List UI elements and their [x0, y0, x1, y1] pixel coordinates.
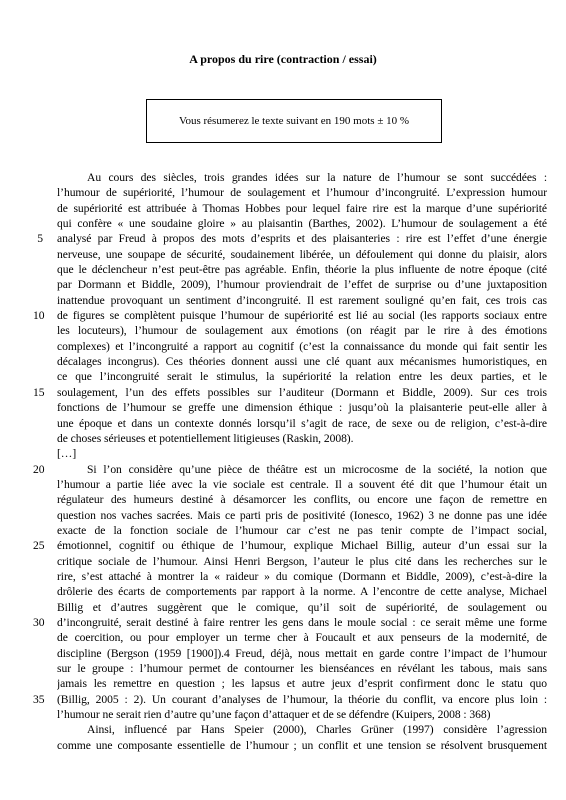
- line-text: par Dormann et Biddle, 2009), l’humour p…: [57, 277, 547, 292]
- line-text: régulateur des humeurs destiné à désamor…: [57, 492, 547, 507]
- line-text: ce que l’incongruité serait le stimulus,…: [57, 369, 547, 384]
- line-text: Au cours des siècles, trois grandes idée…: [57, 170, 547, 185]
- line-number: 35: [33, 692, 43, 707]
- line-text: l’humour ne serait rien d’autre qu’une f…: [57, 707, 547, 722]
- text-line: critique sociale de l’humour. Ainsi Henr…: [57, 554, 547, 569]
- text-line: discipline (Bergson (1959 [1900]).4 Freu…: [57, 646, 547, 661]
- text-line: comme une composante essentielle de l’hu…: [57, 738, 547, 753]
- text-line: 25émotionnel, cognitif ou éthique de l’h…: [57, 538, 547, 553]
- line-text: l’humour de supériorité, l’humour de sou…: [57, 185, 547, 200]
- text-line: de supériorité est attribuée à Thomas Ho…: [57, 201, 547, 216]
- text-line: de choses sérieuses et potentiellement l…: [57, 431, 547, 446]
- text-line: inattendue provoquant un sentiment d’inc…: [57, 293, 547, 308]
- text-line: 20Si l’on considère qu’une pièce de théâ…: [57, 462, 547, 477]
- document-title: A propos du rire (contraction / essai): [0, 52, 566, 67]
- text-line: complexes) et l’incongruité a rapport au…: [57, 339, 547, 354]
- text-line: rire, s’est attaché à montrer la « raide…: [57, 569, 547, 584]
- line-text: Si l’on considère qu’une pièce de théâtr…: [57, 462, 547, 477]
- text-line: jamais les remettre en question ; les la…: [57, 676, 547, 691]
- line-text: l’humour a partie liée avec la vie socia…: [57, 477, 547, 492]
- line-text: soulagement, l’un des effets possibles s…: [57, 385, 547, 400]
- line-text: (Billig, 2005 : 2). Un courant d’analyse…: [57, 692, 547, 707]
- text-line: 30d’incongruité, serait destiné à faire …: [57, 615, 547, 630]
- text-line: décalages incongrus). Ces théories donne…: [57, 354, 547, 369]
- line-text: […]: [57, 446, 547, 461]
- line-number: 20: [33, 462, 43, 477]
- text-line: Au cours des siècles, trois grandes idée…: [57, 170, 547, 185]
- line-text: discipline (Bergson (1959 [1900]).4 Freu…: [57, 646, 547, 661]
- line-text: que le déclencheur n’est peut-être pas a…: [57, 262, 547, 277]
- line-text: inattendue provoquant un sentiment d’inc…: [57, 293, 547, 308]
- line-text: Ainsi, influencé par Hans Speier (2000),…: [57, 722, 547, 737]
- line-number: 5: [33, 231, 43, 246]
- instruction-box: Vous résumerez le texte suivant en 190 m…: [146, 99, 442, 143]
- line-text: drôlerie des écarts de comportements par…: [57, 584, 547, 599]
- text-line: 5analysé par Freud à propos des mots d’e…: [57, 231, 547, 246]
- text-line: qui confère « une soudaine gloire » au p…: [57, 216, 547, 231]
- line-text: jamais les remettre en question ; les la…: [57, 676, 547, 691]
- line-text: Billig et d’autres suggèrent que le comi…: [57, 600, 547, 615]
- line-number: 10: [33, 308, 43, 323]
- line-text: nerveuse, une soupape de sécurité, souda…: [57, 247, 547, 262]
- text-line: ce que l’incongruité serait le stimulus,…: [57, 369, 547, 384]
- text-line: de coercition, ou pour employer un terme…: [57, 630, 547, 645]
- line-number: 25: [33, 538, 43, 553]
- line-number: 15: [33, 385, 43, 400]
- line-text: complexes) et l’incongruité a rapport au…: [57, 339, 547, 354]
- line-text: de figures se complètent puisque l’humou…: [57, 308, 547, 323]
- document-page: A propos du rire (contraction / essai) V…: [0, 0, 566, 800]
- text-line: exacte de la fonction sociale de l’humou…: [57, 523, 547, 538]
- line-text: d’incongruité, serait destiné à faire re…: [57, 615, 547, 630]
- text-line: Billig et d’autres suggèrent que le comi…: [57, 600, 547, 615]
- text-line: que le déclencheur n’est peut-être pas a…: [57, 262, 547, 277]
- line-text: comme une composante essentielle de l’hu…: [57, 738, 547, 753]
- line-text: analysé par Freud à propos des mots d’es…: [57, 231, 547, 246]
- text-line: une époque et dans un contexte donnés lo…: [57, 416, 547, 431]
- instruction-text: Vous résumerez le texte suivant en 190 m…: [179, 115, 409, 127]
- line-text: question nos vaches sacrées. Mais ce par…: [57, 508, 547, 523]
- line-text: les locuteurs), l’humour de soulagement …: [57, 323, 547, 338]
- line-text: fonctions de l’humour se greffe une dime…: [57, 400, 547, 415]
- line-text: une époque et dans un contexte donnés lo…: [57, 416, 547, 431]
- text-line: régulateur des humeurs destiné à désamor…: [57, 492, 547, 507]
- line-text: de supériorité est attribuée à Thomas Ho…: [57, 201, 547, 216]
- line-text: qui confère « une soudaine gloire » au p…: [57, 216, 547, 231]
- line-text: rire, s’est attaché à montrer la « raide…: [57, 569, 547, 584]
- line-text: exacte de la fonction sociale de l’humou…: [57, 523, 547, 538]
- line-number: 30: [33, 615, 43, 630]
- text-line: sur le groupe : l’humour permet de conto…: [57, 661, 547, 676]
- text-line: par Dormann et Biddle, 2009), l’humour p…: [57, 277, 547, 292]
- line-text: de coercition, ou pour employer un terme…: [57, 630, 547, 645]
- text-line: 15soulagement, l’un des effets possibles…: [57, 385, 547, 400]
- text-line: drôlerie des écarts de comportements par…: [57, 584, 547, 599]
- text-line: l’humour de supériorité, l’humour de sou…: [57, 185, 547, 200]
- text-line: Ainsi, influencé par Hans Speier (2000),…: [57, 722, 547, 737]
- body-text: Au cours des siècles, trois grandes idée…: [57, 170, 547, 753]
- line-text: critique sociale de l’humour. Ainsi Henr…: [57, 554, 547, 569]
- text-line: l’humour ne serait rien d’autre qu’une f…: [57, 707, 547, 722]
- line-text: sur le groupe : l’humour permet de conto…: [57, 661, 547, 676]
- line-text: émotionnel, cognitif ou éthique de l’hum…: [57, 538, 547, 553]
- line-text: de choses sérieuses et potentiellement l…: [57, 431, 547, 446]
- text-line: les locuteurs), l’humour de soulagement …: [57, 323, 547, 338]
- text-line: question nos vaches sacrées. Mais ce par…: [57, 508, 547, 523]
- line-text: décalages incongrus). Ces théories donne…: [57, 354, 547, 369]
- text-line: nerveuse, une soupape de sécurité, souda…: [57, 247, 547, 262]
- text-line: 10de figures se complètent puisque l’hum…: [57, 308, 547, 323]
- text-line: […]: [57, 446, 547, 461]
- text-line: 35(Billig, 2005 : 2). Un courant d’analy…: [57, 692, 547, 707]
- text-line: l’humour a partie liée avec la vie socia…: [57, 477, 547, 492]
- text-line: fonctions de l’humour se greffe une dime…: [57, 400, 547, 415]
